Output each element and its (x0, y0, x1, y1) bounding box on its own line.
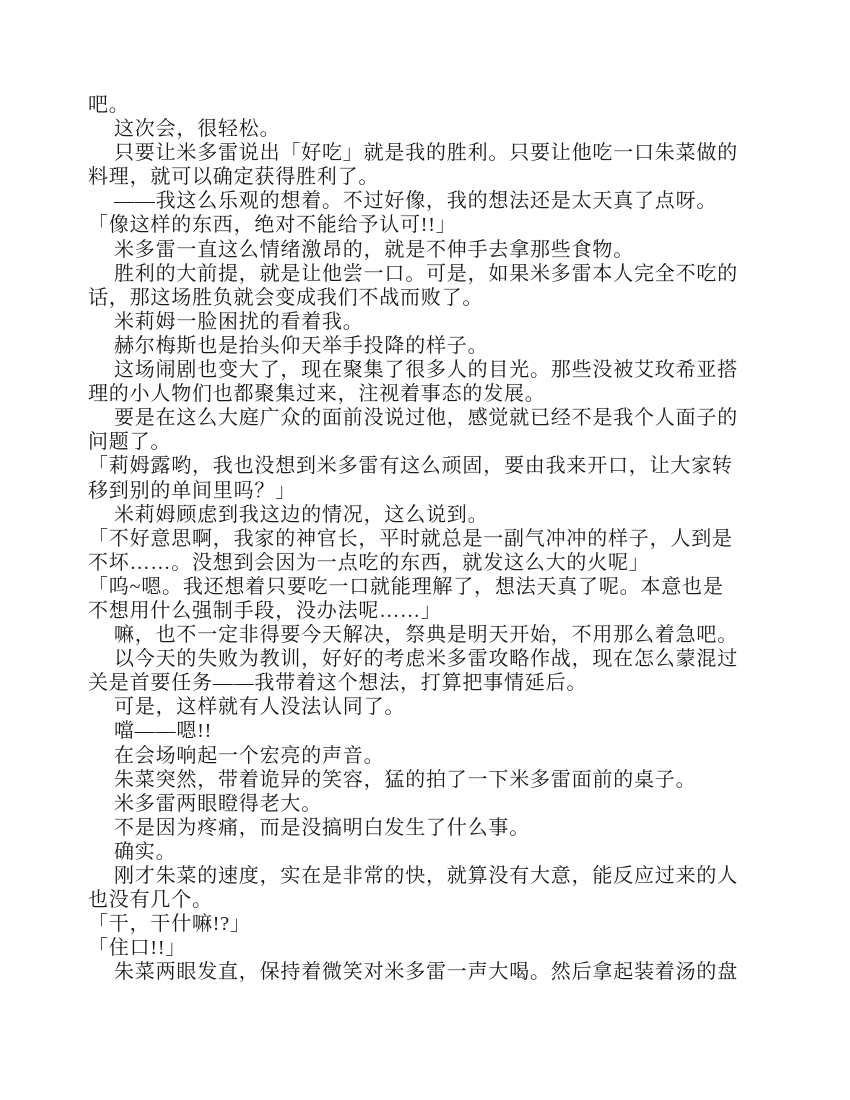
text-line: 「像这样的东西，绝对不能给予认可!!」 (88, 213, 766, 237)
text-line: 米多雷两眼瞪得老大。 (88, 792, 766, 816)
text-line: 朱菜两眼发直，保持着微笑对米多雷一声大喝。然后拿起装着汤的盘 (88, 960, 766, 984)
text-line: 要是在这么大庭广众的面前没说过他，感觉就已经不是我个人面子的 (88, 406, 766, 430)
text-line: 吧。 (88, 93, 766, 117)
novel-text-block: 吧。这次会，很轻松。只要让米多雷说出「好吃」就是我的胜利。只要让他吃一口朱菜做的… (88, 93, 766, 984)
text-line: 米莉姆一脸困扰的看着我。 (88, 310, 766, 334)
text-line: 可是，这样就有人没法认同了。 (88, 695, 766, 719)
text-line: 朱菜突然，带着诡异的笑容，猛的拍了一下米多雷面前的桌子。 (88, 768, 766, 792)
text-line: 只要让米多雷说出「好吃」就是我的胜利。只要让他吃一口朱菜做的 (88, 141, 766, 165)
text-line: 噹——嗯!! (88, 719, 766, 743)
text-line: 赫尔梅斯也是抬头仰天举手投降的样子。 (88, 334, 766, 358)
text-line: 在会场响起一个宏亮的声音。 (88, 744, 766, 768)
text-line: 问题了。 (88, 430, 766, 454)
text-line: 理的小人物们也都聚集过来，注视着事态的发展。 (88, 382, 766, 406)
text-line: 也没有几个。 (88, 888, 766, 912)
text-line: 以今天的失败为教训，好好的考虑米多雷攻略作战，现在怎么蒙混过 (88, 647, 766, 671)
text-line: 确实。 (88, 840, 766, 864)
text-line: 不想用什么强制手段，没办法呢……」 (88, 599, 766, 623)
text-line: 「呜~嗯。我还想着只要吃一口就能理解了，想法天真了呢。本意也是 (88, 575, 766, 599)
text-line: 「不好意思啊，我家的神官长，平时就总是一副气冲冲的样子，人到是 (88, 527, 766, 551)
text-line: 「住口!!」 (88, 936, 766, 960)
text-line: 话，那这场胜负就会变成我们不战而败了。 (88, 286, 766, 310)
text-line: 移到别的单间里吗？」 (88, 479, 766, 503)
novel-page: 吧。这次会，很轻松。只要让米多雷说出「好吃」就是我的胜利。只要让他吃一口朱菜做的… (0, 0, 850, 1100)
text-line: 关是首要任务——我带着这个想法，打算把事情延后。 (88, 671, 766, 695)
text-line: 米多雷一直这么情绪激昂的，就是不伸手去拿那些食物。 (88, 238, 766, 262)
text-line: 嘛，也不一定非得要今天解决，祭典是明天开始，不用那么着急吧。 (88, 623, 766, 647)
text-line: 这场闹剧也变大了，现在聚集了很多人的目光。那些没被艾玫希亚搭 (88, 358, 766, 382)
text-line: 不是因为疼痛，而是没搞明白发生了什么事。 (88, 816, 766, 840)
text-line: 刚才朱菜的速度，实在是非常的快，就算没有大意，能反应过来的人 (88, 864, 766, 888)
text-line: 胜利的大前提，就是让他尝一口。可是，如果米多雷本人完全不吃的 (88, 262, 766, 286)
text-line: 不坏……。没想到会因为一点吃的东西，就发这么大的火呢」 (88, 551, 766, 575)
text-line: 料理，就可以确定获得胜利了。 (88, 165, 766, 189)
text-line: 「莉姆露哟，我也没想到米多雷有这么顽固，要由我来开口，让大家转 (88, 454, 766, 478)
text-line: ——我这么乐观的想着。不过好像，我的想法还是太天真了点呀。 (88, 189, 766, 213)
text-line: 米莉姆顾虑到我这边的情况，这么说到。 (88, 503, 766, 527)
text-line: 「干，干什嘛!?」 (88, 912, 766, 936)
text-line: 这次会，很轻松。 (88, 117, 766, 141)
